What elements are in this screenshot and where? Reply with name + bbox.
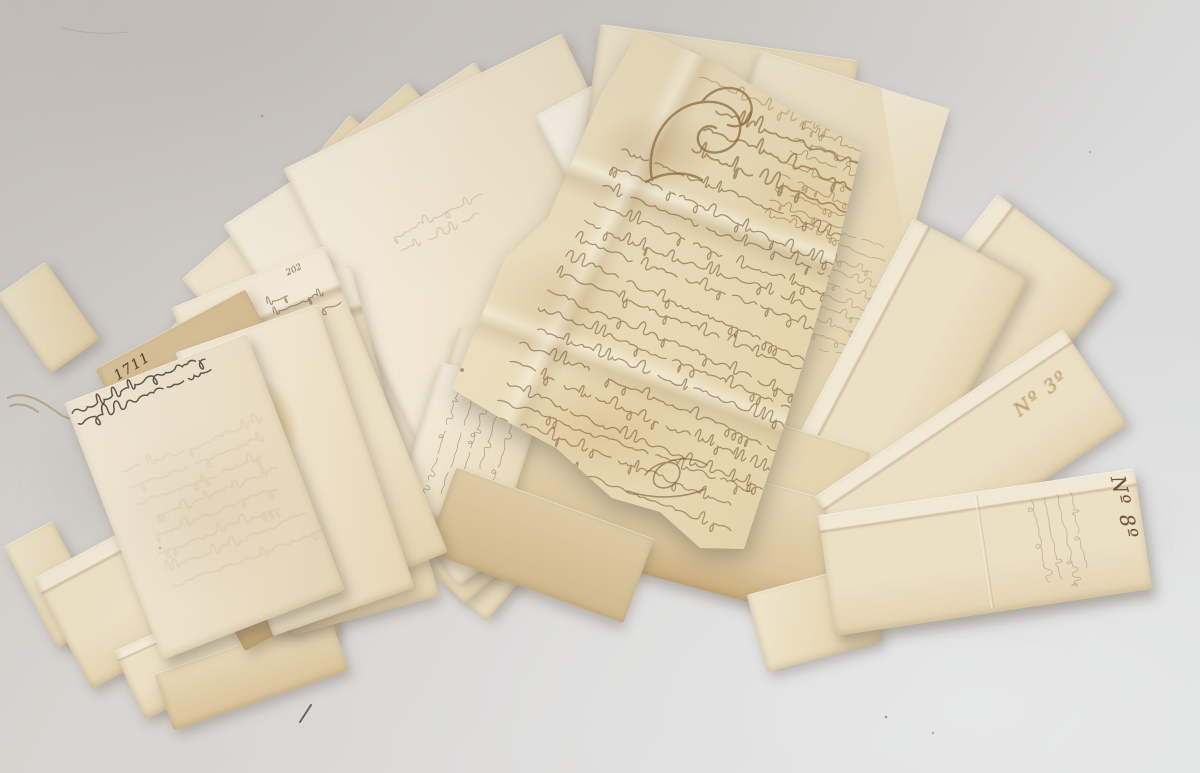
handwriting-line: [1041, 497, 1066, 580]
handwriting-line: [1064, 491, 1091, 569]
manuscripts-photo: Nº 3º Nº 8º 2900 7ª 202 1711: [0, 0, 1200, 773]
handwriting-line: [507, 354, 804, 488]
handwriting-line: [763, 207, 873, 259]
handwriting-line: [492, 408, 735, 511]
signature-rubric: [627, 459, 707, 497]
handwriting-line: [536, 317, 827, 448]
central-manuscript: [440, 20, 870, 560]
central-manuscript-page: [440, 20, 870, 560]
handwriting-line: [554, 263, 875, 407]
handwriting-line: [495, 391, 754, 499]
handwriting-line: [713, 100, 885, 185]
handwriting-line: [1026, 500, 1054, 584]
handwriting-body: [440, 20, 870, 560]
handwriting-line: [606, 163, 903, 299]
handwriting-line: [485, 430, 735, 538]
handwriting-line: [1052, 494, 1082, 589]
paper-hole: [469, 329, 472, 332]
paper-hole: [460, 368, 464, 372]
surface-scratch: [62, 28, 128, 33]
